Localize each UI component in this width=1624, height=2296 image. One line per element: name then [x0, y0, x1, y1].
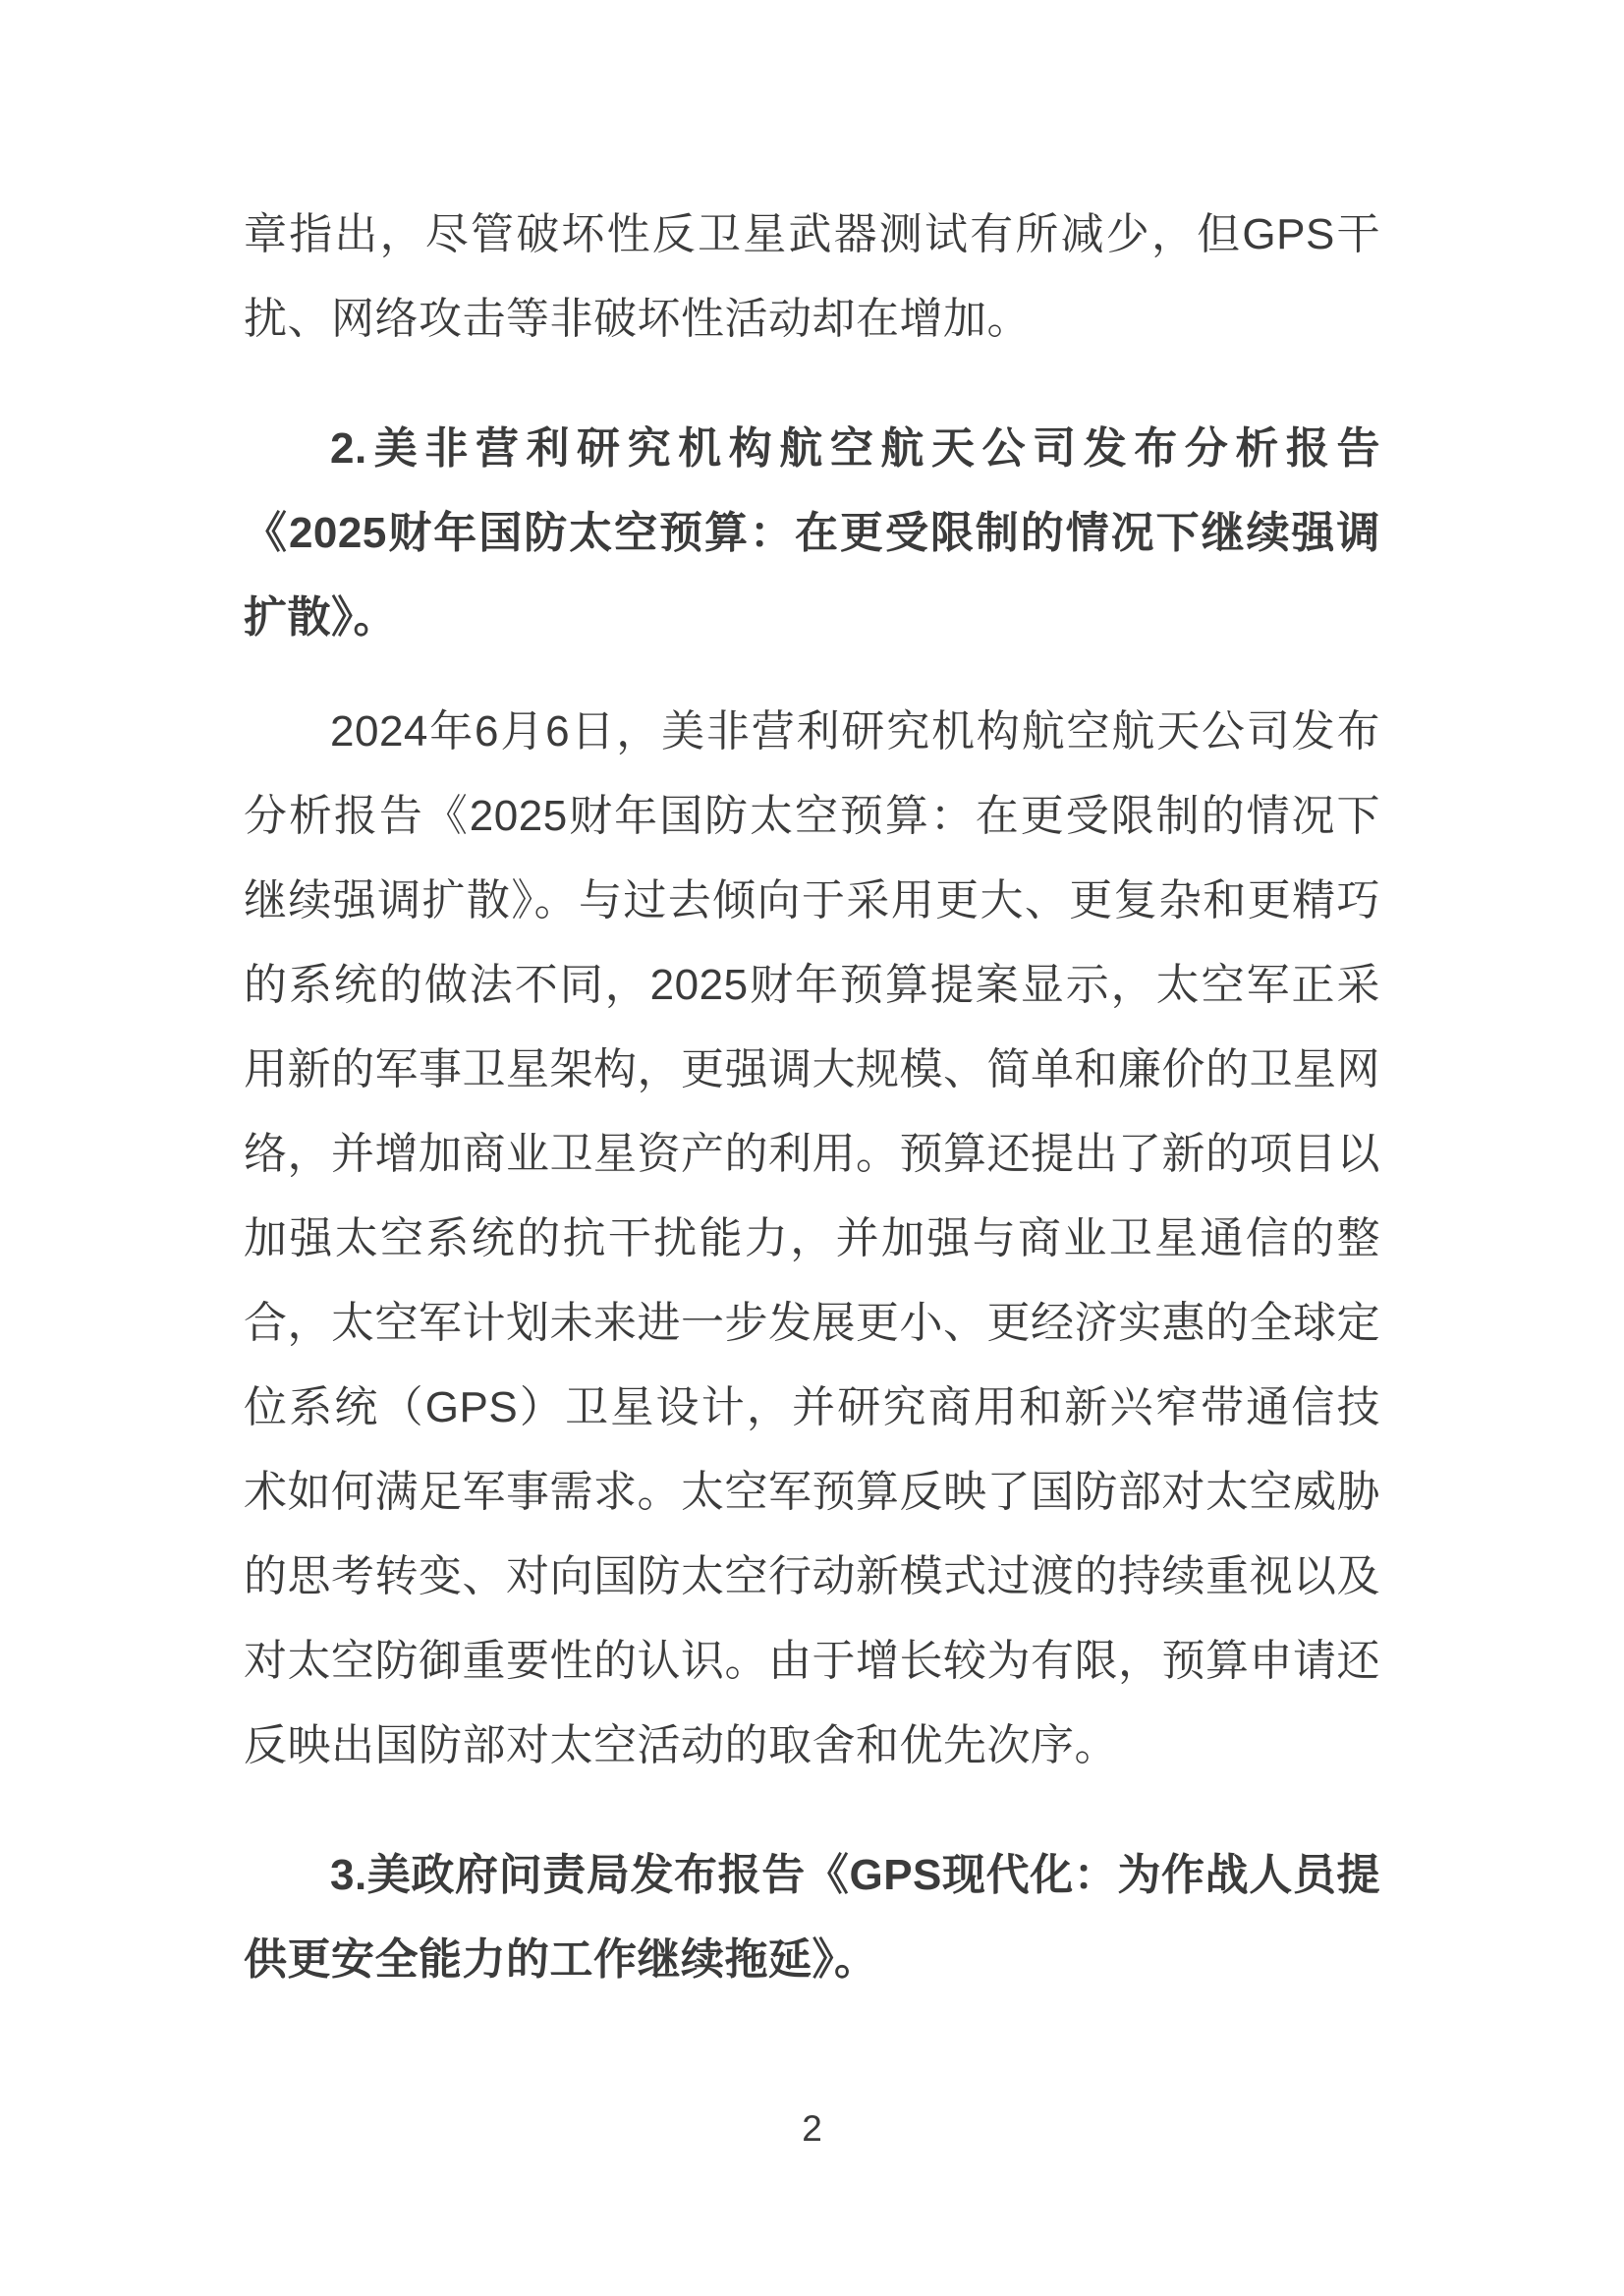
document-page: 章指出，尽管破坏性反卫星武器测试有所减少，但GPS干扰、网络攻击等非破坏性活动却… [0, 0, 1624, 2296]
page-number: 2 [0, 2110, 1624, 2147]
page-content: 章指出，尽管破坏性反卫星武器测试有所减少，但GPS干扰、网络攻击等非破坏性活动却… [244, 193, 1380, 2032]
paragraph-continuation: 章指出，尽管破坏性反卫星武器测试有所减少，但GPS干扰、网络攻击等非破坏性活动却… [244, 193, 1380, 362]
section-2-body-paragraph: 2024年6月6日，美非营利研究机构航空航天公司发布分析报告《2025财年国防太… [244, 690, 1380, 1788]
section-2-heading: 2.美非营利研究机构航空航天公司发布分析报告《2025财年国防太空预算：在更受限… [244, 407, 1380, 660]
section-3-heading: 3.美政府问责局发布报告《GPS现代化：为作战人员提供更安全能力的工作继续拖延》… [244, 1833, 1380, 2002]
